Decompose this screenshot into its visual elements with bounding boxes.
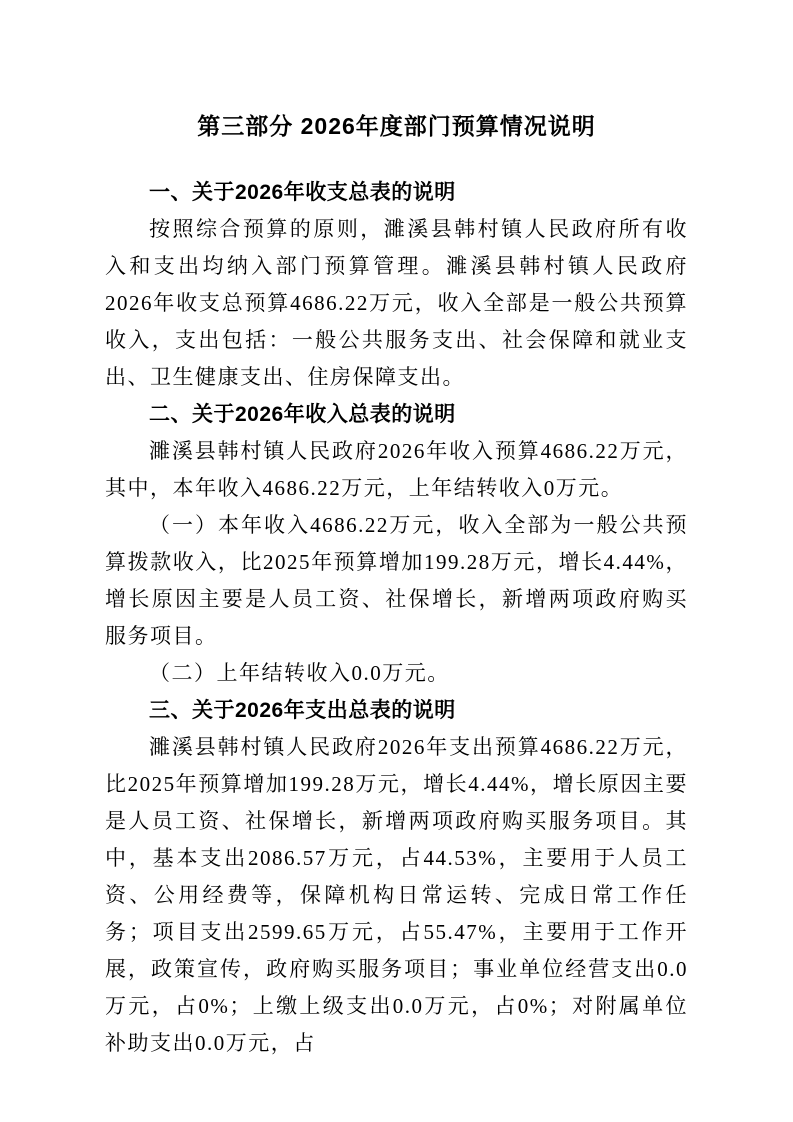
section-2-paragraph-1: 濉溪县韩村镇人民政府2026年收入预算4686.22万元，其中，本年收入4686… <box>105 433 688 507</box>
section-2-paragraph-2: （一）本年收入4686.22万元，收入全部为一般公共预算拨款收入，比2025年预… <box>105 507 688 655</box>
section-1-heading: 一、关于2026年收支总表的说明 <box>105 174 688 211</box>
section-2-heading: 二、关于2026年收入总表的说明 <box>105 396 688 433</box>
section-2-paragraph-3: （二）上年结转收入0.0万元。 <box>105 655 688 692</box>
section-1-paragraph-1: 按照综合预算的原则，濉溪县韩村镇人民政府所有收入和支出均纳入部门预算管理。濉溪县… <box>105 211 688 396</box>
document-page: 第三部分 2026年度部门预算情况说明 一、关于2026年收支总表的说明 按照综… <box>0 0 793 1122</box>
section-3-heading: 三、关于2026年支出总表的说明 <box>105 692 688 729</box>
section-3-paragraph-1: 濉溪县韩村镇人民政府2026年支出预算4686.22万元，比2025年预算增加1… <box>105 729 688 1062</box>
document-title: 第三部分 2026年度部门预算情况说明 <box>105 106 688 146</box>
